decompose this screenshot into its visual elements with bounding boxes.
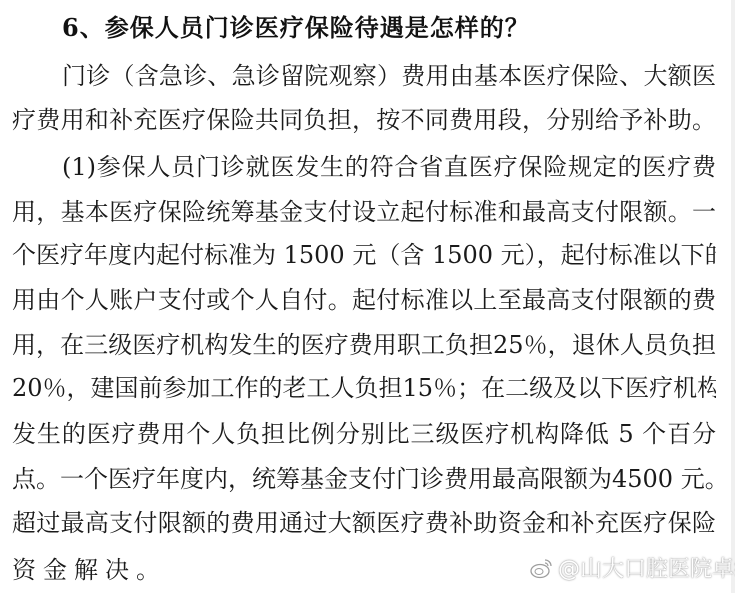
page-edge <box>731 0 735 593</box>
paragraph-2-line-3: 个医疗年度内起付标准为 1500 元（含 1500 元），起付标准以下的费 <box>12 240 716 270</box>
watermark: @山大口腔医院卓绍杨 <box>530 556 735 584</box>
paragraph-2-line-9: 超过最高支付限额的费用通过大额医疗费补助资金和补充医疗保险 <box>12 508 716 538</box>
section-heading: 6、参保人员门诊医疗保险待遇是怎样的？ <box>62 13 530 43</box>
paragraph-2-line-7: 发生的医疗费用个人负担比例分别比三级医疗机构降低 5 个百分 <box>12 419 716 449</box>
paragraph-2-line-6: 20％，建国前参加工作的老工人负担15％；在二级及以下医疗机构 <box>12 373 716 403</box>
watermark-text: @山大口腔医院卓绍杨 <box>558 557 735 582</box>
paragraph-2-line-5: 用，在三级医疗机构发生的医疗费用职工负担25％，退休人员负担 <box>12 330 716 360</box>
weibo-icon <box>530 557 554 579</box>
paragraph-2-line-1: (1)参保人员门诊就医发生的符合省直医疗保险规定的医疗费 <box>62 152 716 182</box>
paragraph-1-line-1: 门诊（含急诊、急诊留院观察）费用由基本医疗保险、大额医 <box>62 61 716 91</box>
paragraph-1-line-2: 疗费用和补充医疗保险共同负担，按不同费用段，分别给予补助。 <box>12 105 716 135</box>
paragraph-2-line-4: 用由个人账户支付或个人自付。起付标准以上至最高支付限额的费 <box>12 285 716 315</box>
paragraph-2-line-8: 点。一个医疗年度内，统筹基金支付门诊费用最高限额为4500 元。 <box>12 464 716 494</box>
paragraph-2-line-2: 用，基本医疗保险统筹基金支付设立起付标准和最高支付限额。一 <box>12 197 716 227</box>
